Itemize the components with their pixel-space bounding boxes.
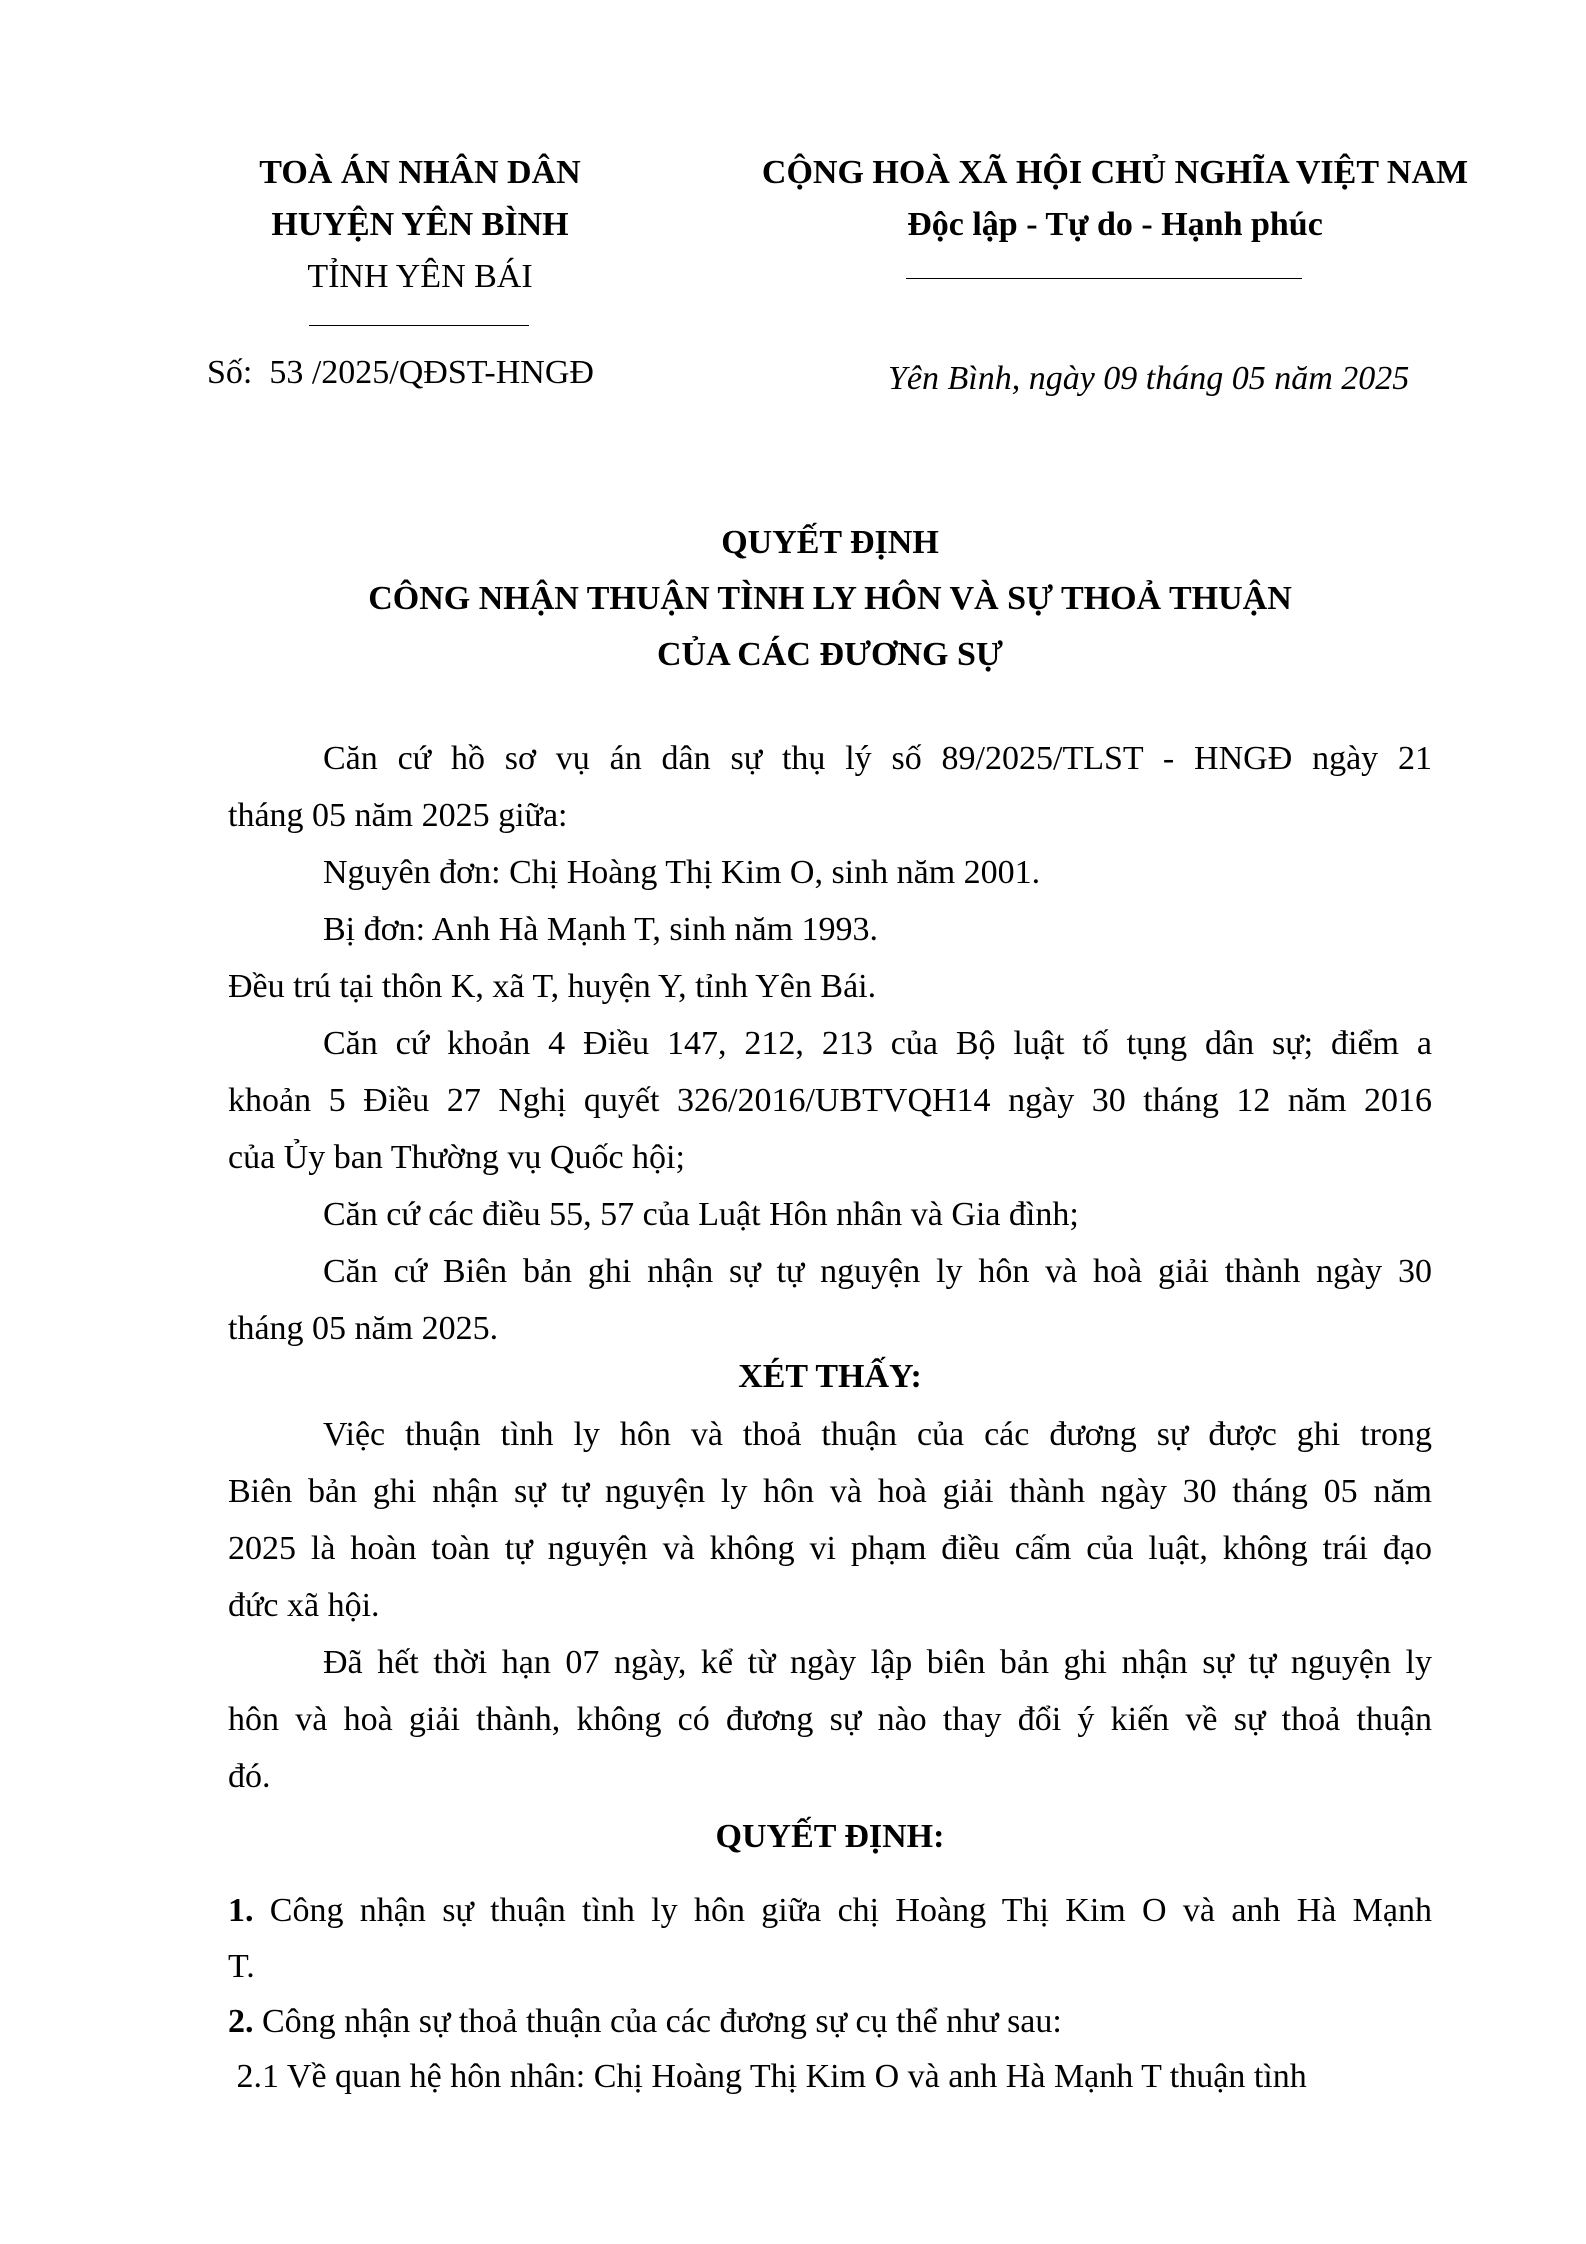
- findings-line: Đã hết thời hạn 07 ngày, kể từ ngày lập …: [228, 1646, 1432, 1680]
- document-number: Số: 53 /2025/QĐST-HNGĐ: [207, 356, 594, 390]
- title-line-1: QUYẾT ĐỊNH: [0, 526, 1586, 560]
- place-date: Yên Bình, ngày 09 tháng 05 năm 2025: [888, 362, 1409, 396]
- findings-heading: XÉT THẤY:: [0, 1360, 1586, 1394]
- decision-item-1-cont: T.: [228, 1950, 1432, 1984]
- preamble-line: Nguyên đơn: Chị Hoàng Thị Kim O, sinh nă…: [228, 856, 1432, 890]
- preamble-line: Căn cứ khoản 4 Điều 147, 212, 213 của Bộ…: [228, 1027, 1432, 1061]
- preamble-line: Đều trú tại thôn K, xã T, huyện Y, tỉnh …: [228, 970, 1432, 1004]
- decision-item-2: 2. Công nhận sự thoả thuận của các đương…: [228, 2005, 1432, 2039]
- header-right-divider: [906, 278, 1302, 279]
- header-left-divider: [309, 325, 529, 326]
- title-line-3: CỦA CÁC ĐƯƠNG SỰ: [0, 638, 1586, 672]
- item-text: Công nhận sự thuận tình ly hôn giữa chị …: [254, 1892, 1433, 1929]
- findings-line: Việc thuận tình ly hôn và thoả thuận của…: [228, 1418, 1432, 1452]
- preamble-line: Căn cứ Biên bản ghi nhận sự tự nguyện ly…: [228, 1255, 1432, 1289]
- title-line-2: CÔNG NHẬN THUẬN TÌNH LY HÔN VÀ SỰ THOẢ T…: [0, 582, 1586, 616]
- preamble-line: Bị đơn: Anh Hà Mạnh T, sinh năm 1993.: [228, 913, 1432, 947]
- item-text: Công nhận sự thoả thuận của các đương sự…: [254, 2003, 1062, 2040]
- preamble-line: Căn cứ hồ sơ vụ án dân sự thụ lý số 89/2…: [228, 742, 1432, 776]
- decision-item-1: 1. Công nhận sự thuận tình ly hôn giữa c…: [228, 1894, 1432, 1928]
- findings-line: hôn và hoà giải thành, không có đương sự…: [228, 1703, 1432, 1737]
- preamble-line: của Ủy ban Thường vụ Quốc hội;: [228, 1141, 1432, 1175]
- item-number: 1.: [228, 1892, 254, 1929]
- decision-heading: QUYẾT ĐỊNH:: [0, 1820, 1586, 1854]
- preamble-line: tháng 05 năm 2025.: [228, 1312, 1432, 1346]
- nation-motto: Độc lập - Tự do - Hạnh phúc: [735, 208, 1495, 242]
- decision-item-2-1: 2.1 Về quan hệ hôn nhân: Chị Hoàng Thị K…: [228, 2060, 1432, 2094]
- court-district: HUYỆN YÊN BÌNH: [150, 208, 690, 242]
- findings-line: đó.: [228, 1760, 1432, 1794]
- findings-line: đức xã hội.: [228, 1589, 1432, 1623]
- court-province: TỈNH YÊN BÁI: [150, 260, 690, 294]
- findings-line: 2025 là hoàn toàn tự nguyện và không vi …: [228, 1532, 1432, 1566]
- preamble-line: Căn cứ các điều 55, 57 của Luật Hôn nhân…: [228, 1198, 1432, 1232]
- preamble-line: khoản 5 Điều 27 Nghị quyết 326/2016/UBTV…: [228, 1084, 1432, 1118]
- preamble-line: tháng 05 năm 2025 giữa:: [228, 799, 1432, 833]
- court-name: TOÀ ÁN NHÂN DÂN: [150, 156, 690, 190]
- item-number: 2.: [228, 2003, 254, 2040]
- nation-name: CỘNG HOÀ XÃ HỘI CHỦ NGHĨA VIỆT NAM: [735, 156, 1495, 190]
- findings-line: Biên bản ghi nhận sự tự nguyện ly hôn và…: [228, 1475, 1432, 1509]
